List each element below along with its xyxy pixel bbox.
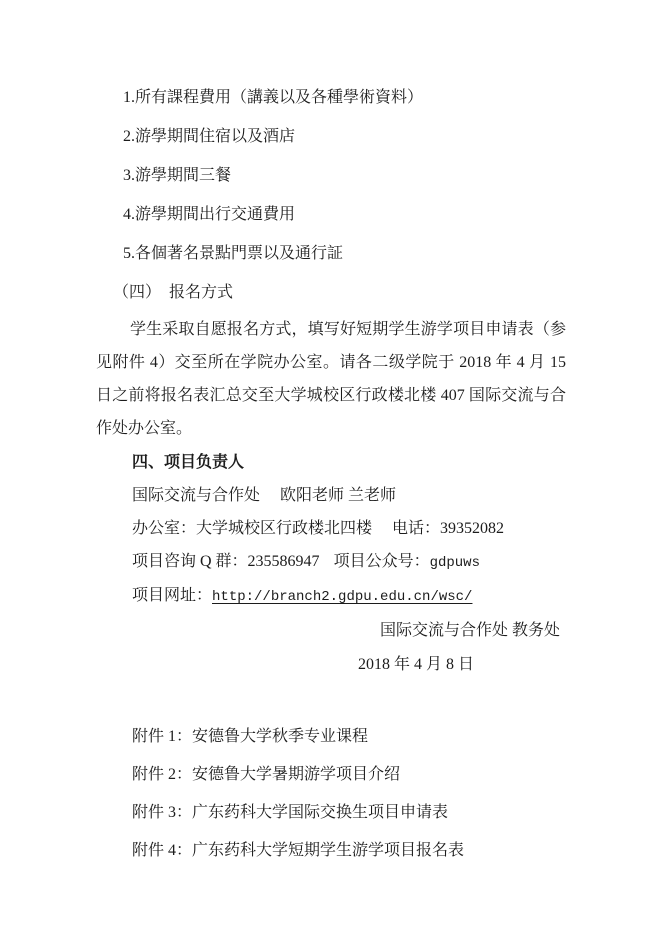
contact-dept-line: 国际交流与合作处 欧阳老师 兰老师	[132, 486, 566, 506]
official-account-value: gdpuws	[430, 555, 480, 571]
fee-item-5: 5.各個著名景點門票以及通行証	[123, 244, 566, 264]
fee-item-4: 4.游學期間出行交通費用	[123, 205, 566, 225]
attachment-item-3: 附件 3：广东药科大学国际交换生项目申请表	[132, 803, 566, 823]
fee-item-3: 3.游學期間三餐	[123, 166, 566, 186]
attachment-item-1: 附件 1：安德鲁大学秋季专业课程	[132, 727, 566, 747]
attachment-item-2: 附件 2：安德鲁大学暑期游学项目介绍	[132, 765, 566, 785]
date-line: 2018 年 4 月 8 日	[96, 655, 566, 675]
registration-paragraph: 学生采取自愿报名方式，填写好短期学生游学项目申请表（参见附件 4）交至所在学院办…	[96, 313, 566, 445]
qq-group-label: 项目咨询 Q 群：235586947	[132, 553, 320, 570]
issuer-line: 国际交流与合作处 教务处	[96, 621, 566, 641]
website-label: 项目网址：	[132, 587, 212, 604]
contact-office-phone-line: 办公室：大学城校区行政楼北四楼 电话：39352082	[132, 519, 566, 539]
section4-heading: （四） 报名方式	[113, 283, 566, 303]
official-account-label: 项目公众号：	[334, 553, 430, 570]
project-url-link[interactable]: http://branch2.gdpu.edu.cn/wsc/	[212, 589, 472, 605]
contact-website-line: 项目网址：http://branch2.gdpu.edu.cn/wsc/	[132, 586, 566, 607]
fee-item-2: 2.游學期間住宿以及酒店	[123, 127, 566, 147]
document-content: 1.所有課程費用（講義以及各種學術資料） 2.游學期間住宿以及酒店 3.游學期間…	[0, 0, 662, 861]
contact-qq-account-line: 项目咨询 Q 群：235586947项目公众号：gdpuws	[132, 552, 566, 573]
fee-item-1: 1.所有課程費用（講義以及各種學術資料）	[123, 88, 566, 108]
attachment-item-4: 附件 4：广东药科大学短期学生游学项目报名表	[132, 841, 566, 861]
leaders-heading: 四、项目负责人	[132, 453, 566, 473]
document-page: 1.所有課程費用（講義以及各種學術資料） 2.游學期間住宿以及酒店 3.游學期間…	[0, 0, 662, 936]
